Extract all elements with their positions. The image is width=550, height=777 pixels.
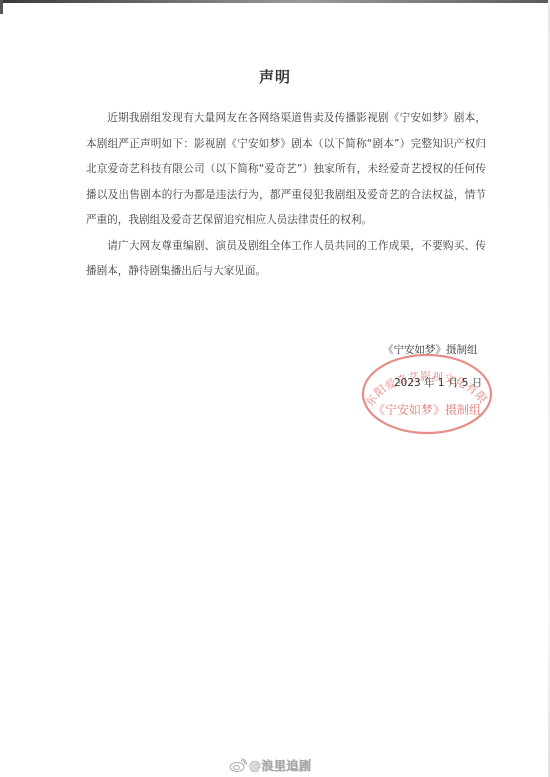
stamp-center-text: 《宁安如梦》摄制组: [373, 402, 481, 417]
scan-edge-top: [0, 0, 550, 3]
document-body: 近期我剧组发现有大量网友在各网络渠道售卖及传播影视剧《宁安如梦》剧本，本剧组严正…: [86, 106, 486, 285]
paragraph-2: 请广大网友尊重编剧、演员及剧组全体工作人员共同的工作成果，不要购买、传播剧本，静…: [86, 234, 486, 285]
official-seal-stamp: 东阳爱奇艺影视文化有限公司 《宁安如梦》摄制组: [358, 350, 496, 436]
scan-edge-left: [0, 0, 3, 14]
paragraph-1: 近期我剧组发现有大量网友在各网络渠道售卖及传播影视剧《宁安如梦》剧本，本剧组严正…: [86, 106, 486, 234]
signature-date: 2023 年 1 月 5 日: [394, 375, 482, 390]
signature-organization: 《宁安如梦》摄制组: [383, 342, 478, 357]
weibo-watermark: @浪里追剧: [229, 757, 312, 773]
watermark-text: @浪里追剧: [249, 757, 312, 774]
weibo-icon: [229, 758, 247, 772]
document-title: 声明: [0, 66, 550, 87]
